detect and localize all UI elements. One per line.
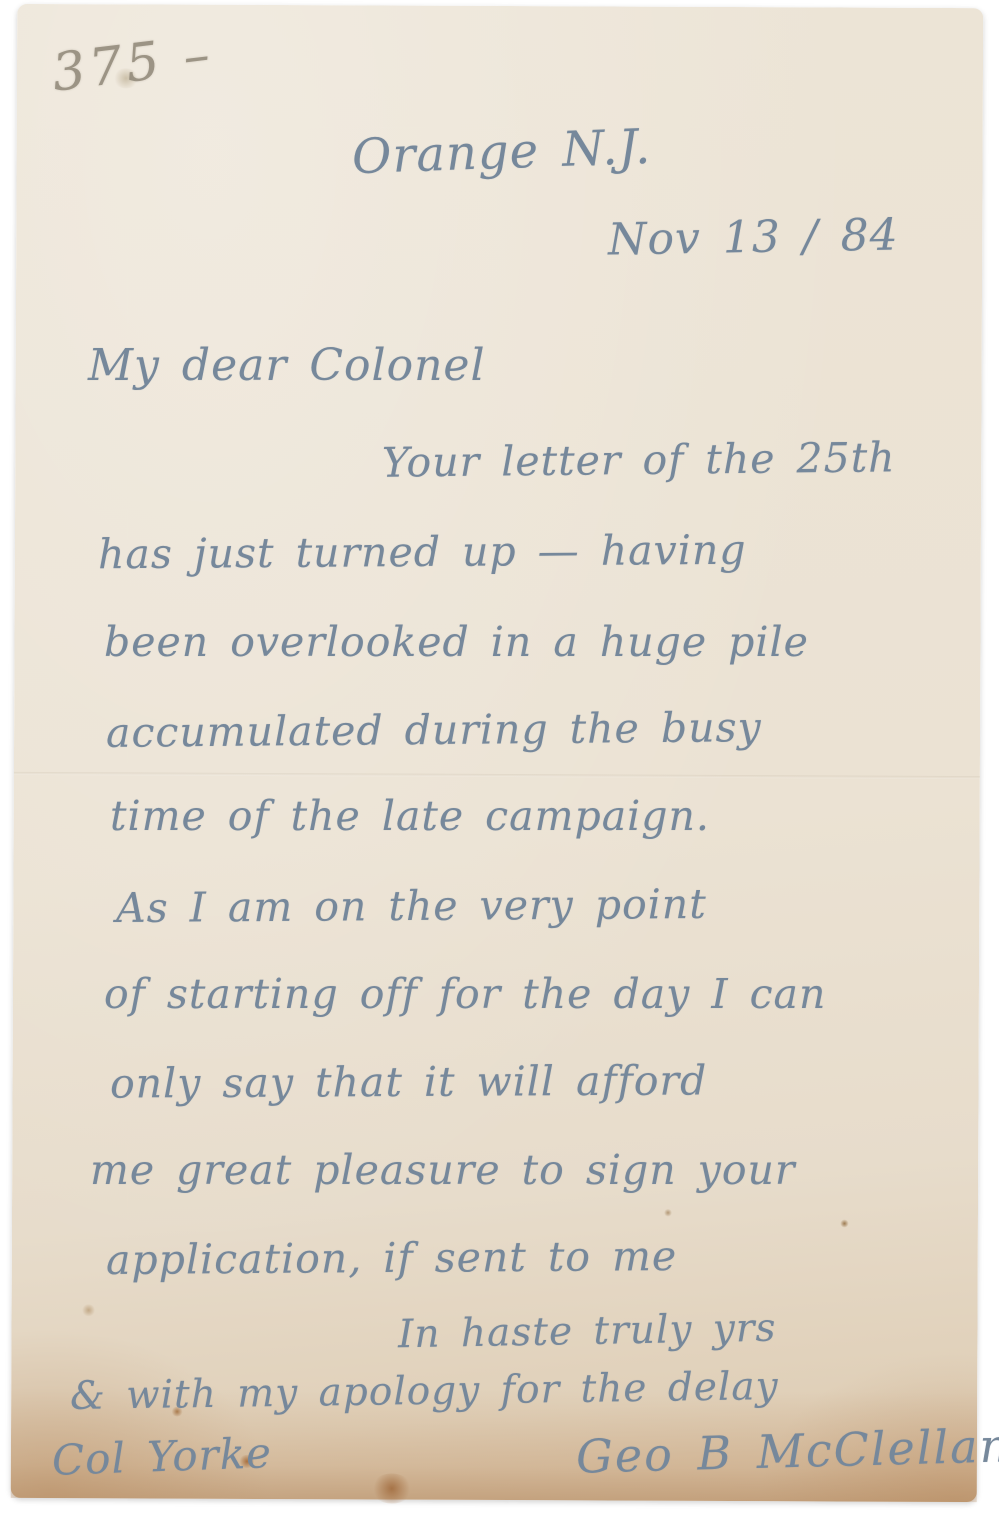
body-line: only say that it will afford	[110, 1060, 708, 1104]
salutation: My dear Colonel	[88, 344, 486, 388]
body-line: been overlooked in a huge pile	[104, 622, 809, 663]
foxing-spot	[664, 1209, 672, 1217]
closing-line: In haste truly yrs	[398, 1309, 777, 1355]
letter-date: Nov 13 / 84	[608, 213, 899, 262]
foxing-spot	[371, 1473, 413, 1503]
letter-photo: 375 – Orange N.J. Nov 13 / 84 My dear Co…	[0, 0, 999, 1532]
signature: Geo B McClellan	[575, 1422, 999, 1479]
body-line: accumulated during the busy	[106, 707, 762, 754]
foxing-spot	[82, 1304, 96, 1316]
body-line: As I am on the very point	[116, 884, 707, 929]
closing-line: & with my apology for the delay	[70, 1367, 779, 1416]
letter-place: Orange N.J.	[351, 123, 652, 181]
body-line: of starting off for the day I can	[104, 974, 826, 1015]
body-line: Your letter of the 25th	[382, 437, 896, 483]
body-line: has just turned up — having	[98, 530, 747, 576]
body-line: time of the late campaign.	[110, 796, 710, 837]
foxing-spot	[840, 1220, 849, 1228]
fold-crease	[14, 772, 980, 779]
addressee: Col Yorke	[51, 1432, 272, 1482]
body-line: me great pleasure to sign your	[90, 1150, 796, 1191]
body-line: application, if sent to me	[106, 1236, 677, 1281]
